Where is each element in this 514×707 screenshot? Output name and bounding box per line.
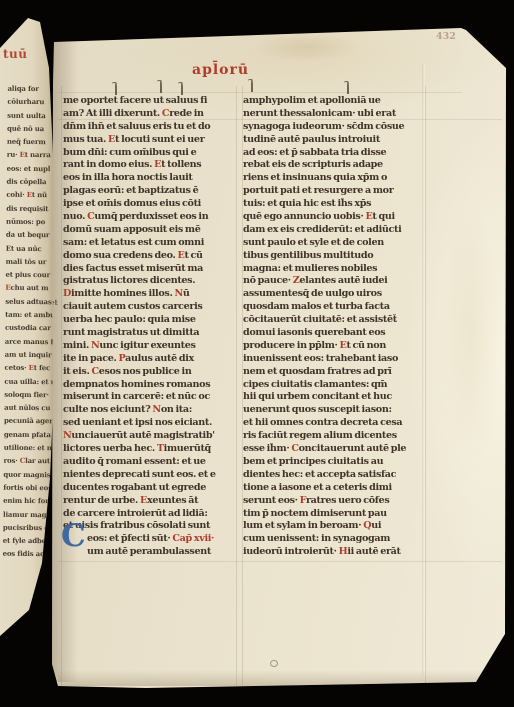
body-text: synagoga iudeorum· sc̄dm cōsue (243, 121, 404, 132)
body-text: domui iasonis querebant eos (243, 327, 385, 338)
column-left: me oportet facere ut saluus fiam? At ill… (63, 95, 239, 559)
text-line: tim p̄ noctem dimiserunt pau (243, 508, 425, 521)
body-text: tione a iasone et a ceteris dimi (243, 482, 392, 493)
edge-text-line: mali tōs ur (6, 257, 55, 271)
text-line: ris faciūt regem alium dicentes (243, 430, 425, 443)
body-text: dam ex eis crediderūt: et adiūcti (243, 224, 401, 235)
body-text: cua uilla: et u (4, 376, 55, 386)
text-line: miserunt in carcerē: et nūc oc (63, 391, 239, 404)
text-line: domū suam apposuit eis mē (63, 224, 239, 237)
text-line: esse ih̄m· Concitauerunt autē ple (243, 443, 425, 456)
text-line: audito q̄ romani essent: et ue (63, 456, 239, 469)
text-line: assumentesq̄ de uulgo uiros (243, 288, 425, 301)
text-line: Nunciauerūt autē magistratib' (63, 430, 239, 443)
body-text: ris faciūt regem alium dicentes (243, 430, 397, 441)
text-line: domo sua credens deo. Et cū (63, 250, 239, 263)
body-text: lum et sylam in beroam· (243, 520, 363, 531)
text-line: de carcere introierūt ad lidiā: (63, 508, 239, 521)
body-text: t narra (25, 150, 51, 159)
body-text: de carcere introierūt ad lidiā: (63, 508, 208, 519)
body-text: nūmos: po (6, 217, 45, 226)
text-line: dientes hec: et accepta satisfac (243, 469, 425, 482)
text-line: um autē perambulassent (87, 546, 239, 559)
body-text: nientes deprecati sunt eos. et e (63, 469, 216, 480)
text-line: dn̄m ihn̄ et saluus eris tu et do (63, 121, 239, 134)
stain (251, 32, 361, 62)
body-text: aliqa for (7, 84, 38, 93)
body-text: rede in (169, 108, 203, 119)
text-line: ducentes rogabant ut egrede (63, 482, 239, 495)
text-line: me oportet facere ut saluus fi (63, 95, 239, 108)
body-text: et hii omnes contra decreta cesa (243, 417, 402, 428)
ascender-stroke (251, 79, 253, 92)
body-text: um autē perambulassent (87, 546, 211, 557)
body-text: ii autē erāt (347, 546, 400, 557)
body-text: aut nūlos cu (4, 403, 50, 412)
ascender-stroke (181, 82, 183, 95)
text-line: iudeorū introierūt· Hii autē erāt (243, 546, 425, 559)
body-text: uenerunt quos suscepit iason: (243, 404, 392, 415)
edge-text-line: et pius cour (5, 270, 54, 284)
text-line: amphypolim et apolloniā ue (243, 95, 425, 108)
text-line: hii qui urbem concitant et huc (243, 391, 425, 404)
edge-text-line: pecuniā ager (4, 416, 53, 430)
body-text: hii qui urbem concitant et huc (243, 391, 392, 402)
body-text: cipes ciuitatis clamantes: qm̄ (243, 379, 387, 390)
text-line: gistratus lictores dicentes. (63, 275, 239, 288)
body-text: bum dn̄i: cum om̄ibus qui e (63, 147, 196, 158)
body-text: ros· (4, 456, 20, 465)
body-text: dies factus esset miserūt ma (63, 263, 203, 274)
body-text: pucisribus ex (3, 523, 53, 533)
ruling-line-vertical (425, 86, 426, 686)
text-line: ad eos: et p̄ sabbata tria disse (243, 147, 425, 160)
body-text: rentur de urbe. (63, 495, 140, 506)
body-text: umq̄ perduxisset eos in (94, 211, 208, 222)
edge-text-line: et fyle adber (3, 536, 52, 550)
body-text: et fyle adber (3, 536, 50, 545)
body-text: on ita: (161, 404, 192, 415)
main-page: apl̄orū 432 me oportet facere ut saluus … (46, 24, 508, 690)
edge-text-line: liamur magis (3, 509, 52, 523)
body-text: ite in pace. (63, 353, 118, 364)
text-line: tibus gentilibus multitudo (243, 250, 425, 263)
body-text: et pius cour (5, 270, 50, 279)
body-text: genam pfata (4, 429, 51, 438)
edge-text-line: cua uilla: et u (4, 376, 53, 390)
body-text: chu aut m (10, 283, 48, 292)
edge-text-line: fortis obi eos (3, 483, 52, 497)
column-right: amphypolim et apolloniā uenerunt thessal… (243, 95, 425, 559)
body-text: ipse et om̄is domus eius cōti (63, 198, 201, 209)
text-line: quē ego annuncio uobis· Et qui (243, 211, 425, 224)
body-text: tuis: et quia hic est ih̄s xp̄s (243, 198, 371, 209)
body-text: esos nos publice in (99, 366, 192, 377)
body-text: selus adtuas (5, 296, 51, 305)
edge-text-line: arce manus f (5, 336, 54, 350)
edge-text-line: ros· Clar aut (3, 456, 52, 470)
rubricated-text: Cap̄ xvii· (172, 533, 214, 544)
text-line: sam: et letatus est cum omni (63, 237, 239, 250)
body-text: quē nō ua (7, 124, 44, 133)
edge-text-line: cetos· Et fec (4, 363, 53, 377)
ascender-stroke (160, 80, 162, 93)
text-line: mini. Nunc igitur exeuntes (63, 340, 239, 353)
body-text: tudinē autē paulus introiuit (243, 134, 380, 145)
body-text: sed ueniant et ipsi nos eiciant. (63, 417, 212, 428)
body-text: t locuti sunt ei uer (115, 134, 204, 145)
edge-text-line: tam: et ambu (5, 310, 54, 324)
body-text: ducentes rogabant ut egrede (63, 482, 206, 493)
edge-text-line: soloqm fier· (4, 390, 53, 404)
edge-text-block: aliqa forcōiurharusunt uultaquē nō uaneq… (2, 84, 56, 566)
edge-text-line: nūmos: po (6, 217, 55, 231)
body-text: me oportet facere ut saluus fi (63, 95, 207, 106)
edge-text-line: da ut bequr (6, 230, 55, 244)
body-text: eos: et nupl (7, 164, 51, 173)
edge-text-line: eos fidis ad b (3, 549, 52, 563)
text-line: et hii omnes contra decreta cesa (243, 417, 425, 430)
body-text: lictores uerba hec. (63, 443, 157, 454)
ascender-stroke (115, 82, 117, 95)
text-line: tuis: et quia hic est ih̄s xp̄s (243, 198, 425, 211)
body-text: culte nos eiciunt? (63, 404, 152, 415)
body-text: miserunt in carcerē: et nūc oc (63, 391, 210, 402)
body-text: am ut inquir (5, 350, 52, 359)
body-text: soloqm fier· (4, 390, 49, 399)
running-title: apl̄orū (192, 62, 249, 78)
text-line: rebat eis de scripturis adape (243, 159, 425, 172)
text-line: Dimitte homines illos. Nū (63, 288, 239, 301)
body-text: ū (183, 288, 190, 299)
body-text: audito q̄ romani essent: et ue (63, 456, 206, 467)
body-text: t nū (32, 190, 47, 199)
text-line: bem et principes ciuitatis au (243, 456, 425, 469)
body-text: esse ih̄m· (243, 443, 291, 454)
edge-text-line: Et ua nūc (6, 243, 55, 257)
text-line: eos: et p̄fecti sūt· Cap̄ xvii· (87, 533, 239, 546)
left-page-edge: tuū aliqa forcōiurharusunt uultaquē nō u… (0, 18, 58, 650)
rubricated-text: C (291, 443, 298, 454)
edge-text-line: custodia car (5, 323, 54, 337)
body-text: mus tua. (63, 134, 108, 145)
rubricated-text: E (140, 495, 147, 506)
edge-text-line: ru· Et narra (7, 150, 56, 164)
text-line: portuit pati et resurgere a mor (243, 185, 425, 198)
text-line: it eis. Cesos nos publice in (63, 366, 239, 379)
body-text: neq̄ fuerm (7, 137, 46, 146)
text-line: dam ex eis crediderūt: et adiūcti (243, 224, 425, 237)
body-text: am? At illi dixerunt. (63, 108, 162, 119)
body-text: sunt paulo et syle et de colen (243, 237, 384, 248)
body-text: nem et quosdam fratres ad prī (243, 366, 392, 377)
body-text: bem et principes ciuitatis au (243, 456, 383, 467)
text-line: inuenissent eos: trahebant iaso (243, 353, 425, 366)
body-text: domū suam apposuit eis mē (63, 224, 200, 235)
body-text: domo sua credens deo. (63, 250, 177, 261)
text-line: cōcitauerūt ciuitatē: et assistēt̄ (243, 314, 425, 327)
body-text: tim p̄ noctem dimiserunt pau (243, 508, 387, 519)
text-line: nem et quosdam fratres ad prī (243, 366, 425, 379)
body-text: quor magnis (3, 469, 50, 478)
body-text: cetos· (5, 363, 29, 372)
body-text: rebat eis de scripturis adape (243, 159, 383, 170)
edge-text-line: cōiurharu (7, 97, 56, 111)
body-text: t cū non (346, 340, 385, 351)
text-line: et uisis fratribus cōsolati sunt (63, 520, 239, 533)
body-text: cum uenissent: in synagogam (243, 533, 390, 544)
ruling-line-horizontal (58, 92, 462, 93)
page-bottom-shadow (58, 670, 498, 686)
text-line: lictores uerba hec. Timuerūtq̄ (63, 443, 239, 456)
rubricated-text: N (174, 288, 182, 299)
rubricated-text: C (91, 366, 98, 377)
body-text: ad eos: et p̄ sabbata tria disse (243, 147, 386, 158)
edge-text-line: eos: et nupl (7, 164, 56, 178)
body-text: Et ua nūc (6, 243, 42, 252)
body-text: mali tōs ur (6, 257, 47, 266)
body-text: ru· (7, 150, 20, 159)
edge-text-line: utilione: et m (4, 443, 53, 457)
edge-text-line: Echu aut m (5, 283, 54, 297)
body-text: t cū (184, 250, 202, 261)
rubricated-text: T (157, 443, 164, 454)
body-text: pecuniā ager (4, 416, 53, 426)
text-line: tione a iasone et a ceteris dimi (243, 482, 425, 495)
ruling-line-horizontal (58, 561, 502, 562)
body-text: assumentesq̄ de uulgo uiros (243, 288, 382, 299)
edge-text-line: aut nūlos cu (4, 403, 53, 417)
text-line: producere in pp̄lm· Et cū non (243, 340, 425, 353)
body-text: gistratus lictores dicentes. (63, 275, 195, 286)
edge-text-line: quē nō ua (7, 124, 56, 138)
text-line: bum dn̄i: cum om̄ibus qui e (63, 147, 239, 160)
body-text: oncitauerunt autē ple (299, 443, 407, 454)
body-text: ciauit autem custos carceris (63, 301, 202, 312)
stain (441, 204, 501, 464)
body-text: aulus autē dix (125, 353, 194, 364)
ink-spot (270, 660, 278, 667)
edge-text-line: dis requisit (6, 203, 55, 217)
edge-text-line: enim hic fort (3, 496, 52, 510)
edge-text-line: neq̄ fuerm (7, 137, 56, 151)
text-line: uerba hec paulo: quia mise (63, 314, 239, 327)
ruling-line-vertical (61, 86, 62, 686)
body-text: riens et insinuans quia xp̄m o (243, 172, 387, 183)
body-text: lar aut (25, 456, 50, 465)
body-text: runt magistratus ut dimitta (63, 327, 199, 338)
ascender-stroke (347, 81, 349, 94)
text-line: cum uenissent: in synagogam (243, 533, 425, 546)
text-line: nerunt thessalonicam· ubi erat (243, 108, 425, 121)
body-text: nō pauce· (243, 275, 293, 286)
text-line: cipes ciuitatis clamantes: qm̄ (243, 379, 425, 392)
text-line: rentur de urbe. Exeuntes āt (63, 495, 239, 508)
body-text: ui (371, 520, 381, 531)
body-text: plagas eorū: et baptizatus ē (63, 185, 198, 196)
edge-text-line: dis cōpella (6, 177, 55, 191)
body-text: ratres uero cōfes (306, 495, 389, 506)
text-line: ciauit autem custos carceris (63, 301, 239, 314)
text-line: mus tua. Et locuti sunt ei uer (63, 134, 239, 147)
body-text: liamur magis (3, 509, 53, 519)
chapter-initial: C (61, 522, 86, 550)
text-line: synagoga iudeorum· sc̄dm cōsue (243, 121, 425, 134)
body-text: fortis obi eos (3, 483, 52, 493)
body-text: rant in domo eius. (63, 159, 154, 170)
body-text: unc igitur exeuntes (99, 340, 195, 351)
body-text: arce manus f (5, 336, 54, 346)
body-text: elantes autē iudei (299, 275, 387, 286)
text-line: ite in pace. Paulus autē dix (63, 353, 239, 366)
text-line: sed ueniant et ipsi nos eiciant. (63, 417, 239, 430)
body-text: imuerūtq̄ (164, 443, 211, 454)
text-line: ipse et om̄is domus eius cōti (63, 198, 239, 211)
body-text: producere in pp̄lm· (243, 340, 340, 351)
body-text: magna: et mulieres nobiles (243, 263, 377, 274)
body-text: imitte homines illos. (71, 288, 174, 299)
body-text: amphypolim et apolloniā ue (243, 95, 381, 106)
body-text: dientes hec: et accepta satisfac (243, 469, 396, 480)
body-text: enim hic fort (3, 496, 52, 506)
text-line: rant in domo eius. Et tollens (63, 159, 239, 172)
text-line: serunt eos· Fratres uero cōfes (243, 495, 425, 508)
edge-text-line: genam pfata (4, 429, 53, 443)
body-text: sunt uulta (7, 110, 45, 119)
body-text: iudeorū introierūt· (243, 546, 339, 557)
body-text: eos: et p̄fecti sūt· (87, 533, 172, 544)
text-line: uenerunt quos suscepit iason: (243, 404, 425, 417)
text-line: dies factus esset miserūt ma (63, 263, 239, 276)
body-text: tibus gentilibus multitudo (243, 250, 373, 261)
body-text: t fec (34, 363, 50, 372)
body-text: cōiurharu (7, 97, 44, 106)
body-text: utilione: et m (4, 443, 54, 453)
body-text: xeuntes āt (147, 495, 198, 506)
edge-text-line: aliqa for (7, 84, 56, 98)
body-text: eos fidis ad b (3, 549, 52, 559)
text-line: nuo. Cumq̄ perduxisset eos in (63, 211, 239, 224)
rubricated-text: D (63, 288, 71, 299)
body-text: custodia car (5, 323, 51, 332)
text-line: culte nos eiciunt? Non ita: (63, 404, 239, 417)
body-text: dn̄m ihn̄ et saluus eris tu et do (63, 121, 210, 132)
edge-text-line: sunt uulta (7, 110, 56, 124)
body-text: unciauerūt autē magistratib' (71, 430, 214, 441)
text-line: runt magistratus ut dimitta (63, 327, 239, 340)
edge-text-line: selus adtuas (5, 296, 54, 310)
manuscript-photo: { "page": { "running_title": "apl̄orū", … (0, 0, 514, 707)
body-text: tam: et ambu (5, 310, 55, 320)
body-text: t qui (372, 211, 394, 222)
body-text: t tollens (161, 159, 201, 170)
text-line: nientes deprecati sunt eos. et e (63, 469, 239, 482)
text-line: am? At illi dixerunt. Crede in (63, 108, 239, 121)
body-text: cohi· (6, 190, 26, 199)
body-text: cōcitauerūt ciuitatē: et assistēt̄ (243, 314, 397, 325)
body-text: dis cōpella (6, 177, 46, 186)
body-text: dempnatos homines romanos (63, 379, 210, 390)
edge-text-line: quor magnis (3, 469, 52, 483)
body-text: sam: et letatus est cum omni (63, 237, 204, 248)
edge-running-title-fragment: tuū (3, 47, 28, 61)
folio-number: 432 (436, 31, 456, 42)
text-line: nō pauce· Zelantes autē iudei (243, 275, 425, 288)
text-line: domui iasonis querebant eos (243, 327, 425, 340)
body-text: dis requisit (6, 203, 48, 212)
text-line: dempnatos homines romanos (63, 379, 239, 392)
body-text: nerunt thessalonicam· ubi erat (243, 108, 396, 119)
body-text: mini. (63, 340, 91, 351)
rubricated-text: N (152, 404, 160, 415)
text-line: sunt paulo et syle et de colen (243, 237, 425, 250)
body-text: inuenissent eos: trahebant iaso (243, 353, 398, 364)
body-text: serunt eos· (243, 495, 300, 506)
rubricated-text: E (108, 134, 115, 145)
body-text: quosdam malos et turba facta (243, 301, 390, 312)
edge-text-line: pucisribus ex (3, 523, 52, 537)
text-line: lum et sylam in beroam· Qui (243, 520, 425, 533)
body-text: uerba hec paulo: quia mise (63, 314, 196, 325)
edge-text-line: cohi· Et nū (6, 190, 55, 204)
body-text: eos in illa hora noctis lauit (63, 172, 192, 183)
text-line: quosdam malos et turba facta (243, 301, 425, 314)
text-line: magna: et mulieres nobiles (243, 263, 425, 276)
text-line: eos in illa hora noctis lauit (63, 172, 239, 185)
body-text: portuit pati et resurgere a mor (243, 185, 393, 196)
body-text: da ut bequr (6, 230, 50, 239)
edge-text-line: am ut inquir (5, 350, 54, 364)
body-text: it eis. (63, 366, 91, 377)
text-line: tudinē autē paulus introiuit (243, 134, 425, 147)
text-line: riens et insinuans quia xp̄m o (243, 172, 425, 185)
rubricated-text: Q (363, 520, 371, 531)
text-line: plagas eorū: et baptizatus ē (63, 185, 239, 198)
body-text: nuo. (63, 211, 87, 222)
body-text: quē ego annuncio uobis· (243, 211, 365, 222)
